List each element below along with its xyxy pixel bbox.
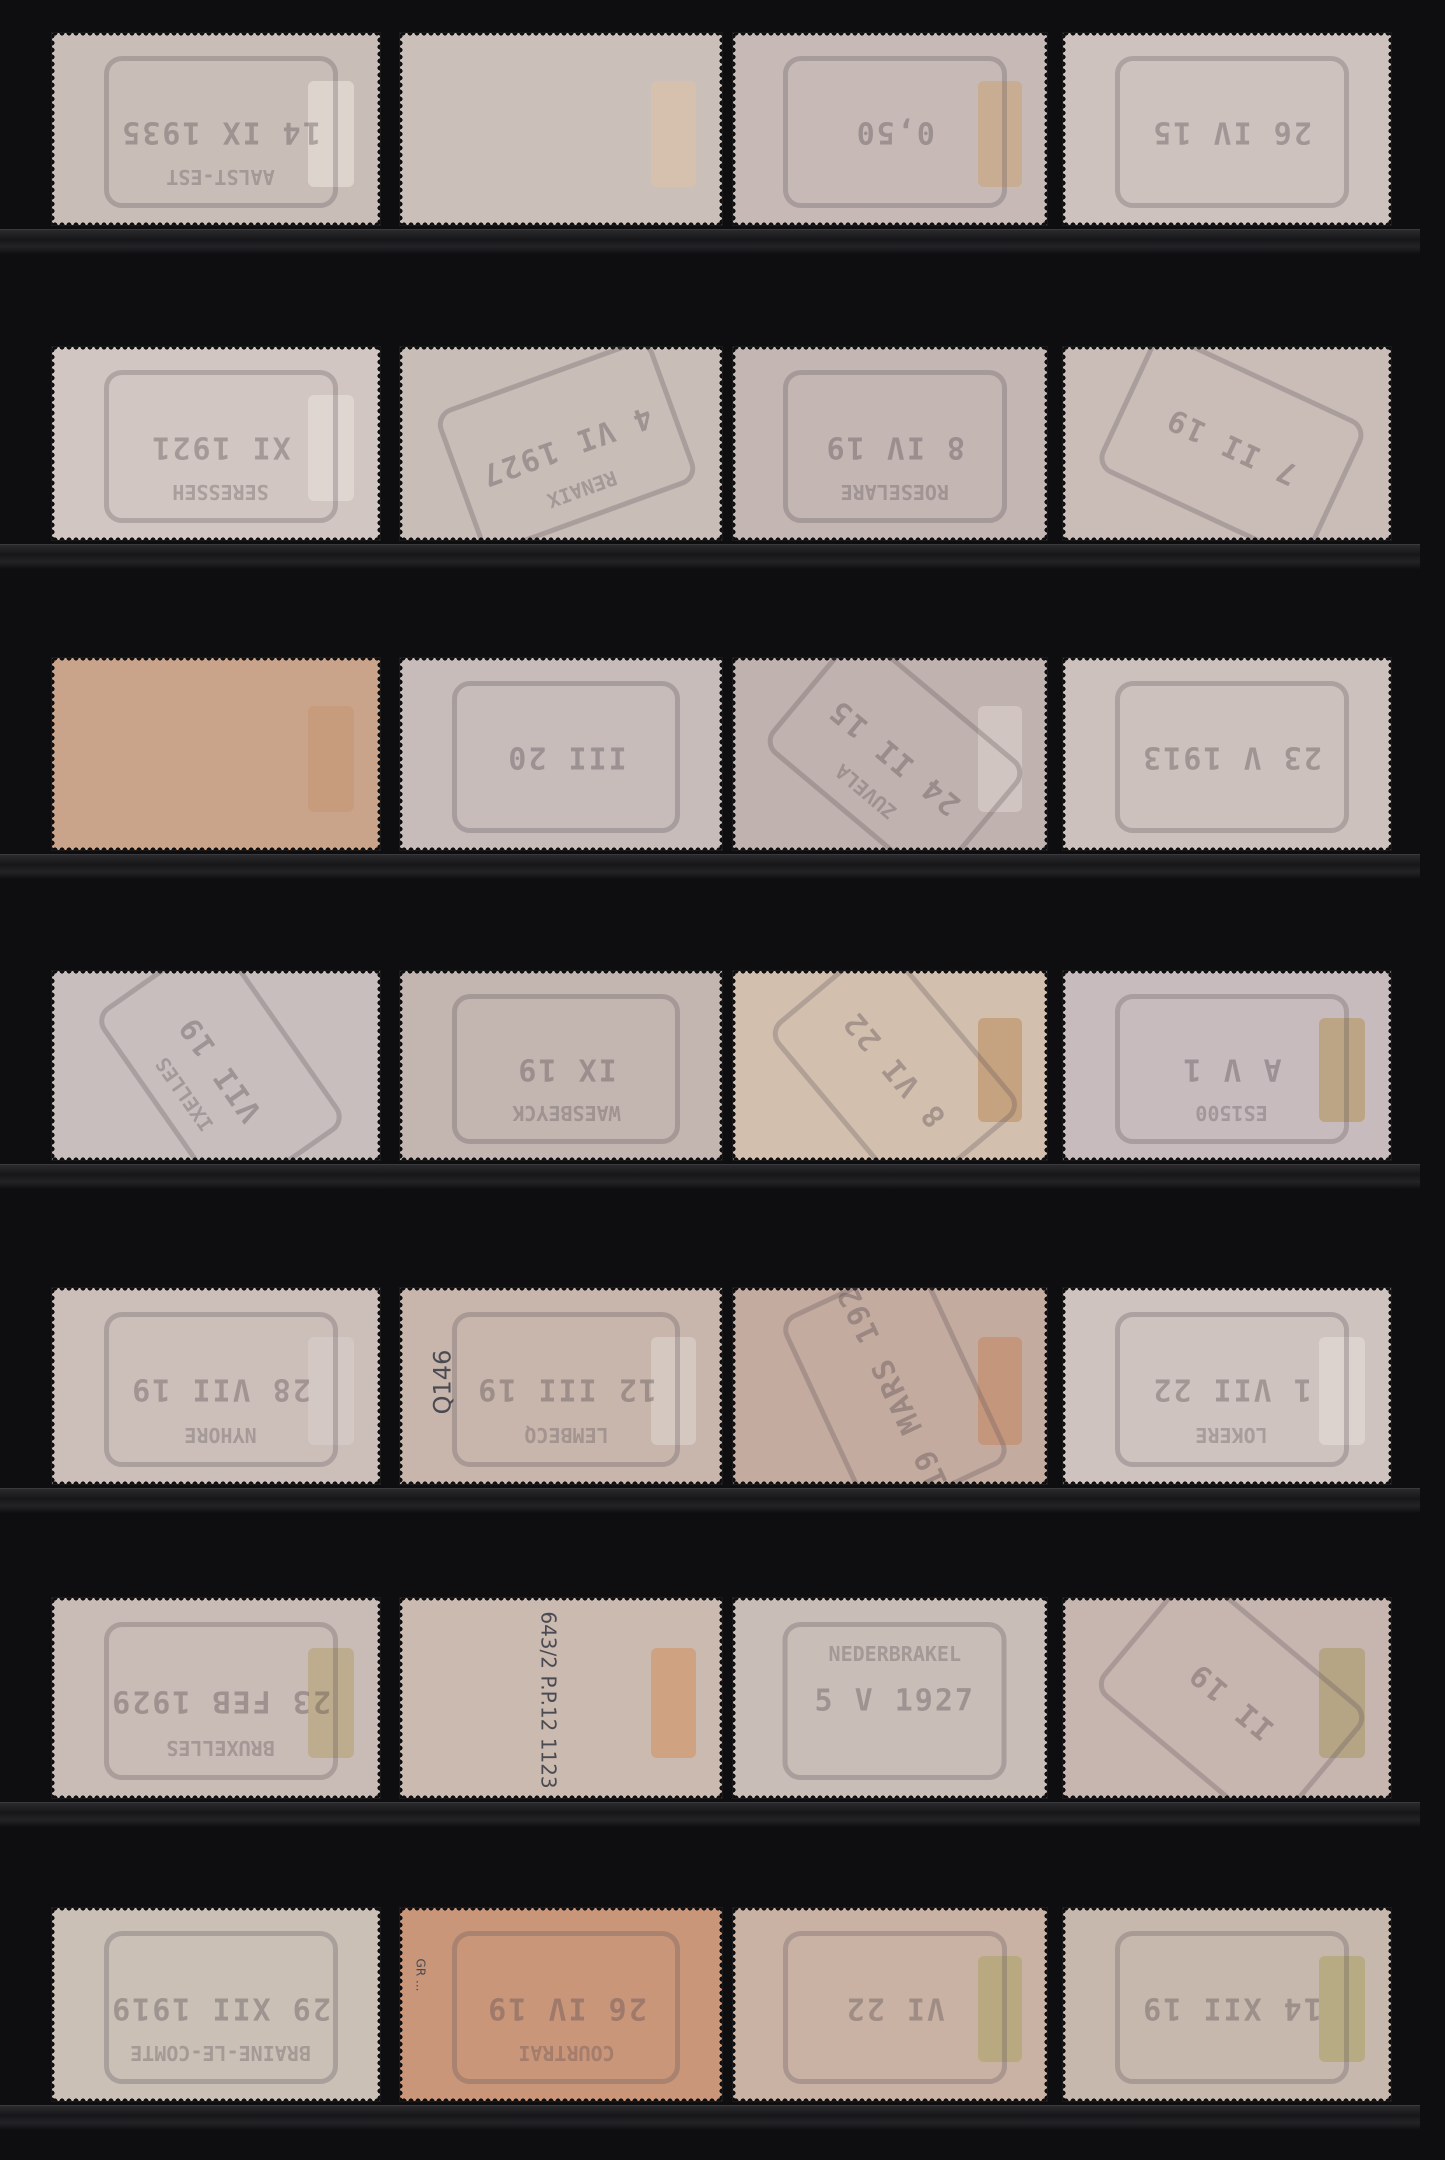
cancel-date: XI 1921: [109, 429, 332, 464]
perforation-edge: [716, 347, 722, 540]
stamp-back: 8 VI 22: [733, 971, 1047, 1160]
perforation-edge: [1041, 971, 1047, 1160]
stamp-back: 19 MARS 1928: [733, 1288, 1047, 1484]
railway-cancel-postmark: A V 1ES1500: [1115, 994, 1348, 1144]
cancel-date: A V 1: [1120, 1051, 1343, 1086]
stamp-back: 26 IV 19COURTRAIGR ...: [400, 1908, 722, 2101]
stockbook-strip: [0, 2105, 1420, 2130]
stamp-hinge: [651, 81, 696, 187]
stamp-back: XI 1921SERESSEH: [52, 347, 380, 540]
perforation-edge: [52, 971, 58, 1160]
stockbook-strip: [0, 1802, 1420, 1827]
stockbook-strip: [0, 1164, 1420, 1189]
perforation-edge: [1041, 1288, 1047, 1484]
pencil-annotation: Q146: [428, 1350, 456, 1415]
cancel-date: 19 MARS 1928: [834, 1288, 956, 1484]
railway-cancel-postmark: II 19: [1092, 1598, 1372, 1798]
stamp-back: 5 V 1927NEDERBRAKEL: [733, 1598, 1047, 1798]
perforation-edge: [52, 658, 58, 850]
perforation-edge: [716, 1288, 722, 1484]
cancel-date: IX 19: [457, 1051, 676, 1086]
cancel-date: 28 VII 19: [109, 1372, 332, 1407]
railway-cancel-postmark: III 20: [452, 681, 681, 833]
stamp-back: [52, 658, 380, 850]
perforation-edge: [1041, 33, 1047, 225]
railway-cancel-postmark: 23 FEB 1929BRUXELLES: [104, 1622, 337, 1780]
stamp-back: 23 FEB 1929BRUXELLES: [52, 1598, 380, 1798]
perforation-edge: [374, 33, 380, 225]
cancel-date: 14 IX 1935: [109, 115, 332, 150]
cancel-date: III 20: [457, 740, 676, 775]
perforation-edge: [400, 347, 406, 540]
stamp-back: 643/2 P.P.12 1123: [400, 1598, 722, 1798]
stockbook-strip: [0, 1488, 1420, 1513]
perforation-edge: [733, 33, 739, 225]
cancel-station-name: AALST-EST: [109, 165, 332, 189]
stamp-back: 28 VII 19NYHORE: [52, 1288, 380, 1484]
cancel-date: 26 IV 15: [1120, 115, 1343, 150]
railway-cancel-postmark: 28 VII 19NYHORE: [104, 1312, 337, 1467]
perforation-edge: [1385, 347, 1391, 540]
perforation-edge: [1063, 347, 1069, 540]
cancel-station-name: WAESBEYCK: [457, 1101, 676, 1125]
perforation-edge: [374, 347, 380, 540]
stamp-back: 26 IV 15: [1063, 33, 1391, 225]
perforation-edge: [1385, 1598, 1391, 1798]
stamp-hinge: [651, 1648, 696, 1758]
cancel-date: 1 VII 22: [1120, 1372, 1343, 1407]
perforation-edge: [733, 1288, 739, 1484]
perforation-edge: [1063, 33, 1069, 225]
railway-cancel-postmark: 14 XII 19: [1115, 1931, 1348, 2084]
cancel-date: 7 II 19: [1124, 384, 1341, 510]
stamp-back: [400, 33, 722, 225]
stockbook-strip: [0, 854, 1420, 879]
railway-cancel-postmark: 14 IX 1935AALST-EST: [104, 56, 337, 208]
railway-cancel-postmark: 26 IV 19COURTRAI: [452, 1931, 681, 2084]
perforation-edge: [52, 1908, 58, 2101]
railway-cancel-postmark: 8 VI 22: [766, 971, 1024, 1160]
perforation-edge: [733, 347, 739, 540]
cancel-date: 26 IV 19: [457, 1990, 676, 2025]
stamp-back: 1 VII 22LOKERE: [1063, 1288, 1391, 1484]
stamp-back: 0,50: [733, 33, 1047, 225]
cancel-station-name: COURTRAI: [457, 2041, 676, 2065]
cancel-date: VI 22: [788, 1990, 1002, 2025]
stockbook-strip: [0, 229, 1420, 254]
perforation-edge: [1385, 1908, 1391, 2101]
stamp-back: 8 IV 19ROESELARE: [733, 347, 1047, 540]
cancel-station-name: NYHORE: [109, 1423, 332, 1447]
perforation-edge: [374, 658, 380, 850]
perforation-edge: [733, 971, 739, 1160]
perforation-edge: [400, 33, 406, 225]
perforation-edge: [1385, 1288, 1391, 1484]
perforation-edge: [400, 1908, 406, 2101]
perforation-edge: [716, 1908, 722, 2101]
perforation-edge: [52, 1598, 58, 1798]
railway-cancel-postmark: VII 19IXELLES: [93, 971, 349, 1160]
railway-cancel-postmark: 12 III 19LEMBECQ: [452, 1312, 681, 1467]
perforation-edge: [1041, 1908, 1047, 2101]
cancel-date: 5 V 1927: [788, 1684, 1002, 1719]
perforation-edge: [374, 1288, 380, 1484]
railway-cancel-postmark: 24 II 15ZUVELA: [761, 658, 1030, 850]
cancel-date: 29 XII 1919: [109, 1990, 332, 2025]
cancel-date: 14 XII 19: [1120, 1990, 1343, 2025]
stamp-hinge: [308, 706, 354, 812]
cancel-date: 8 IV 19: [788, 429, 1002, 464]
cancel-date: 12 III 19: [457, 1372, 676, 1407]
stamp-back: 14 IX 1935AALST-EST: [52, 33, 380, 225]
railway-cancel-postmark: 8 IV 19ROESELARE: [783, 370, 1007, 523]
stamp-back: 7 II 19: [1063, 347, 1391, 540]
stamp-back: 14 XII 19: [1063, 1908, 1391, 2101]
perforation-edge: [716, 658, 722, 850]
perforation-edge: [1063, 1288, 1069, 1484]
railway-cancel-postmark: IX 19WAESBEYCK: [452, 994, 681, 1144]
perforation-edge: [1385, 33, 1391, 225]
perforation-edge: [52, 1288, 58, 1484]
stamp-back: A V 1ES1500: [1063, 971, 1391, 1160]
pencil-annotation: 643/2 P.P.12 1123: [537, 1611, 561, 1788]
stamp-back: II 19: [1063, 1598, 1391, 1798]
perforation-edge: [716, 1598, 722, 1798]
railway-cancel-postmark: 1 VII 22LOKERE: [1115, 1312, 1348, 1467]
cancel-station-name: ROESELARE: [788, 480, 1002, 504]
cancel-date: 8 VI 22: [813, 976, 977, 1160]
railway-cancel-postmark: VI 22: [783, 1931, 1007, 2084]
perforation-edge: [1063, 971, 1069, 1160]
railway-cancel-postmark: 23 V 1913: [1115, 681, 1348, 833]
perforation-edge: [716, 971, 722, 1160]
stamp-back: 23 V 1913: [1063, 658, 1391, 850]
perforation-edge: [374, 1908, 380, 2101]
railway-cancel-postmark: XI 1921SERESSEH: [104, 370, 337, 523]
railway-cancel-postmark: 0,50: [783, 56, 1007, 208]
railway-cancel-postmark: 7 II 19: [1094, 347, 1370, 540]
perforation-edge: [1041, 347, 1047, 540]
stamp-back: IX 19WAESBEYCK: [400, 971, 722, 1160]
perforation-edge: [733, 1598, 739, 1798]
pencil-annotation: GR ...: [413, 1959, 427, 1992]
stamp-back: 29 XII 1919BRAINE-LE-COMTE: [52, 1908, 380, 2101]
railway-cancel-postmark: 19 MARS 1928: [778, 1288, 1013, 1484]
perforation-edge: [1063, 658, 1069, 850]
cancel-station-name: ES1500: [1120, 1101, 1343, 1125]
perforation-edge: [52, 33, 58, 225]
perforation-edge: [1041, 658, 1047, 850]
perforation-edge: [400, 1288, 406, 1484]
cancel-station-name: LEMBECQ: [457, 1423, 676, 1447]
railway-cancel-postmark: 4 VI 1927RENAIX: [432, 347, 699, 540]
perforation-edge: [374, 1598, 380, 1798]
perforation-edge: [1041, 1598, 1047, 1798]
cancel-date: 0,50: [788, 115, 1002, 150]
cancel-date: II 19: [1135, 1616, 1328, 1786]
stamp-back: 24 II 15ZUVELA: [733, 658, 1047, 850]
cancel-station-name: BRAINE-LE-COMTE: [109, 2041, 332, 2065]
railway-cancel-postmark: 5 V 1927NEDERBRAKEL: [783, 1622, 1007, 1780]
railway-cancel-postmark: 29 XII 1919BRAINE-LE-COMTE: [104, 1931, 337, 2084]
cancel-station-name: SERESSEH: [109, 480, 332, 504]
perforation-edge: [716, 33, 722, 225]
perforation-edge: [400, 971, 406, 1160]
perforation-edge: [733, 658, 739, 850]
stamp-back: 4 VI 1927RENAIX: [400, 347, 722, 540]
perforation-edge: [1385, 971, 1391, 1160]
cancel-station-name: BRUXELLES: [109, 1736, 332, 1760]
stamp-back: VII 19IXELLES: [52, 971, 380, 1160]
perforation-edge: [400, 658, 406, 850]
perforation-edge: [52, 347, 58, 540]
perforation-edge: [1063, 1598, 1069, 1798]
railway-cancel-postmark: 26 IV 15: [1115, 56, 1348, 208]
perforation-edge: [374, 971, 380, 1160]
stamp-back: VI 22: [733, 1908, 1047, 2101]
cancel-date: 23 V 1913: [1120, 740, 1343, 775]
perforation-edge: [1385, 658, 1391, 850]
perforation-edge: [1063, 1908, 1069, 2101]
perforation-edge: [733, 1908, 739, 2101]
cancel-station-name: NEDERBRAKEL: [788, 1642, 1002, 1666]
stamp-back: 12 III 19LEMBECQQ146: [400, 1288, 722, 1484]
cancel-station-name: LOKERE: [1120, 1423, 1343, 1447]
cancel-date: 23 FEB 1929: [109, 1684, 332, 1719]
stockbook-strip: [0, 544, 1420, 569]
perforation-edge: [400, 1598, 406, 1798]
stamp-back: III 20: [400, 658, 722, 850]
